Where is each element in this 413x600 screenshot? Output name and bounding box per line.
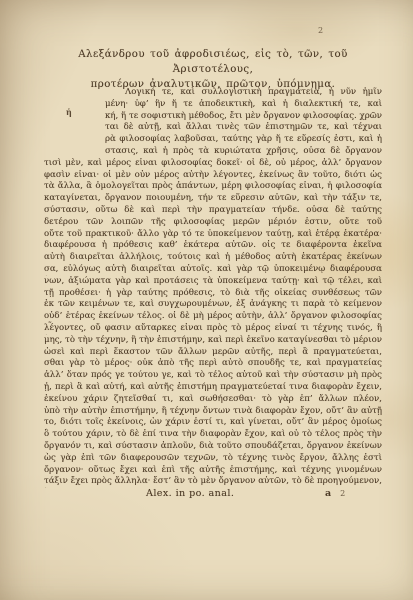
body-line: μης, τὸ τὴν τέχνην, ἢ τὴν ἐπιστήμην, καὶ… xyxy=(44,335,382,347)
body-line: τισὶ μὲν, καὶ μέρος εἶναι φιλοσοφίας δοκ… xyxy=(44,158,382,170)
body-line: ἐκ τῶν κειμένων τε, καὶ συγχωρουμένων, ἐ… xyxy=(44,299,382,311)
body-line: ᾖ, περὶ ἃ καὶ αὐτή, καὶ αὐτῆς ἐπιστήμη π… xyxy=(44,382,382,394)
body-line: ὡσεὶ καὶ περὶ ἕκαστον τῶν ἄλλων μερῶν αὐ… xyxy=(44,347,382,359)
running-title: Alex. in po. anal. xyxy=(146,487,234,500)
body-line: φασὶν εἶναι· οἱ μὲν οὖν μέρος αὐτὴν λέγο… xyxy=(44,170,382,182)
body-line: λέγοντες, οὔ φασιν αὔταρκες εἶναι πρὸς τ… xyxy=(44,323,382,335)
body-line: ἀλλ’ ὅταν πρός γε τούτου γε, καὶ τὸ τέλο… xyxy=(44,370,382,382)
folio-number: 2 xyxy=(318,26,324,35)
body-line: το, διότι τοῖς ἐκείνοις, ὧν χάριν ἐστί τ… xyxy=(44,417,382,429)
body-line: καταγίνεται, ὄργανον ποιουμένη, τήν τε ε… xyxy=(44,193,382,205)
body-line: ὃ τούτου χάριν, τὸ δὲ ἐπί τινα τὴν διαφο… xyxy=(44,429,382,441)
body-line: τὰ ἄλλα, ἃ ὁμολογεῖται πρὸς ἁπάντων, μέρ… xyxy=(44,181,382,193)
body-line: νων, ἀξιώματα γὰρ καὶ προτάσεις τὰ ὑποκε… xyxy=(44,276,382,288)
body-line: ἐκείνου χάριν ζητεῖσθαί τι, καὶ σωθήσεσθ… xyxy=(44,394,382,406)
page-footer: Alex. in po. anal. a2 xyxy=(44,487,382,501)
body-line: σθαι γὰρ τὸ μέρος· οὐκ ἀπὸ τῆς περὶ αὐτὸ… xyxy=(44,358,382,370)
heading-line-1: Αλεξάνδρου τοῦ ἀφροδισιέως, εἰς τὸ, τῶν,… xyxy=(44,47,382,77)
body-line: ται δὲ αὐτῇ, καὶ ἄλλαι τινὲς τῶν ἐπιστημ… xyxy=(44,122,382,134)
body-line: οὔτε τοῦ πρακτικοῦ· ἄλλο γὰρ τό τε ὑποκε… xyxy=(44,229,382,241)
body-line: τῇ προθέσει· ἡ γὰρ ταύτης πρόθεσις, τὸ δ… xyxy=(44,288,382,300)
body-line: στασις, καὶ ἡ πρὸς τὰ κυριώτατα χρῆσις, … xyxy=(44,146,382,158)
body-line: μένη· ὑφ’ ἣν ἥ τε ἀποδεικτικὴ, καὶ ἡ δια… xyxy=(44,99,382,111)
body-line: σύστασιν, οὕτω δὲ καὶ περὶ τὴν πραγματεί… xyxy=(44,205,382,217)
body-line: οὐδ’ ἑτέρας ἐκείνων τέλος. οἱ δὲ μὴ μέρο… xyxy=(44,311,382,323)
signature-mark: a2 xyxy=(325,487,345,500)
body-line: ὑπὸ τὴν αὐτὴν ἐπιστήμην, ἢ τέχνην ὄντων … xyxy=(44,406,382,418)
book-page: 2 Αλεξάνδρου τοῦ ἀφροδισιέως, εἰς τὸ, τῶ… xyxy=(0,0,413,600)
body-line: σα, εὐλόγως αὐτὴ διαιρεῖται αὐτοῖς. καὶ … xyxy=(44,264,382,276)
body-line: κή, ἥ τε σοφιστικὴ μέθοδος, ἔτι μὲν ὄργα… xyxy=(44,111,382,123)
body-line: ρὰ φιλοσοφίας λαβοῦσαι, ταύτης γὰρ ἥ τε … xyxy=(44,134,382,146)
body-line: αὐτὴ διαιρεῖται ἀλλήλοις, τούτοις καὶ ἡ … xyxy=(44,252,382,264)
body-text: Λογική τε, καὶ συλλογιστικὴ πραγματεία, … xyxy=(44,87,382,488)
body-line: δετέρου τῶν λοιπῶν τῆς φιλοσοφίας μερῶν … xyxy=(44,217,382,229)
signature-number: 2 xyxy=(340,489,345,498)
body-line: ὄργανον· οὕτως ἔχει καὶ ἐπὶ τῆς αὐτῆς ἐπ… xyxy=(44,465,382,477)
body-line: ὄργανόν τι, καὶ σύστασιν ἁπλοῦν, διὰ τοῦ… xyxy=(44,441,382,453)
body-line: ὡς γὰρ ἐπὶ τῶν διαφερουσῶν τεχνῶν, τὸ τέ… xyxy=(44,453,382,465)
body-line: Λογική τε, καὶ συλλογιστικὴ πραγματεία, … xyxy=(44,87,382,99)
chapter-heading: Αλεξάνδρου τοῦ ἀφροδισιέως, εἰς τὸ, τῶν,… xyxy=(44,47,382,92)
signature-letter: a xyxy=(325,488,331,499)
body-line: διαφέρουσα ἡ πρόθεσις καθ’ ἑκάτερα αὐτῶν… xyxy=(44,240,382,252)
